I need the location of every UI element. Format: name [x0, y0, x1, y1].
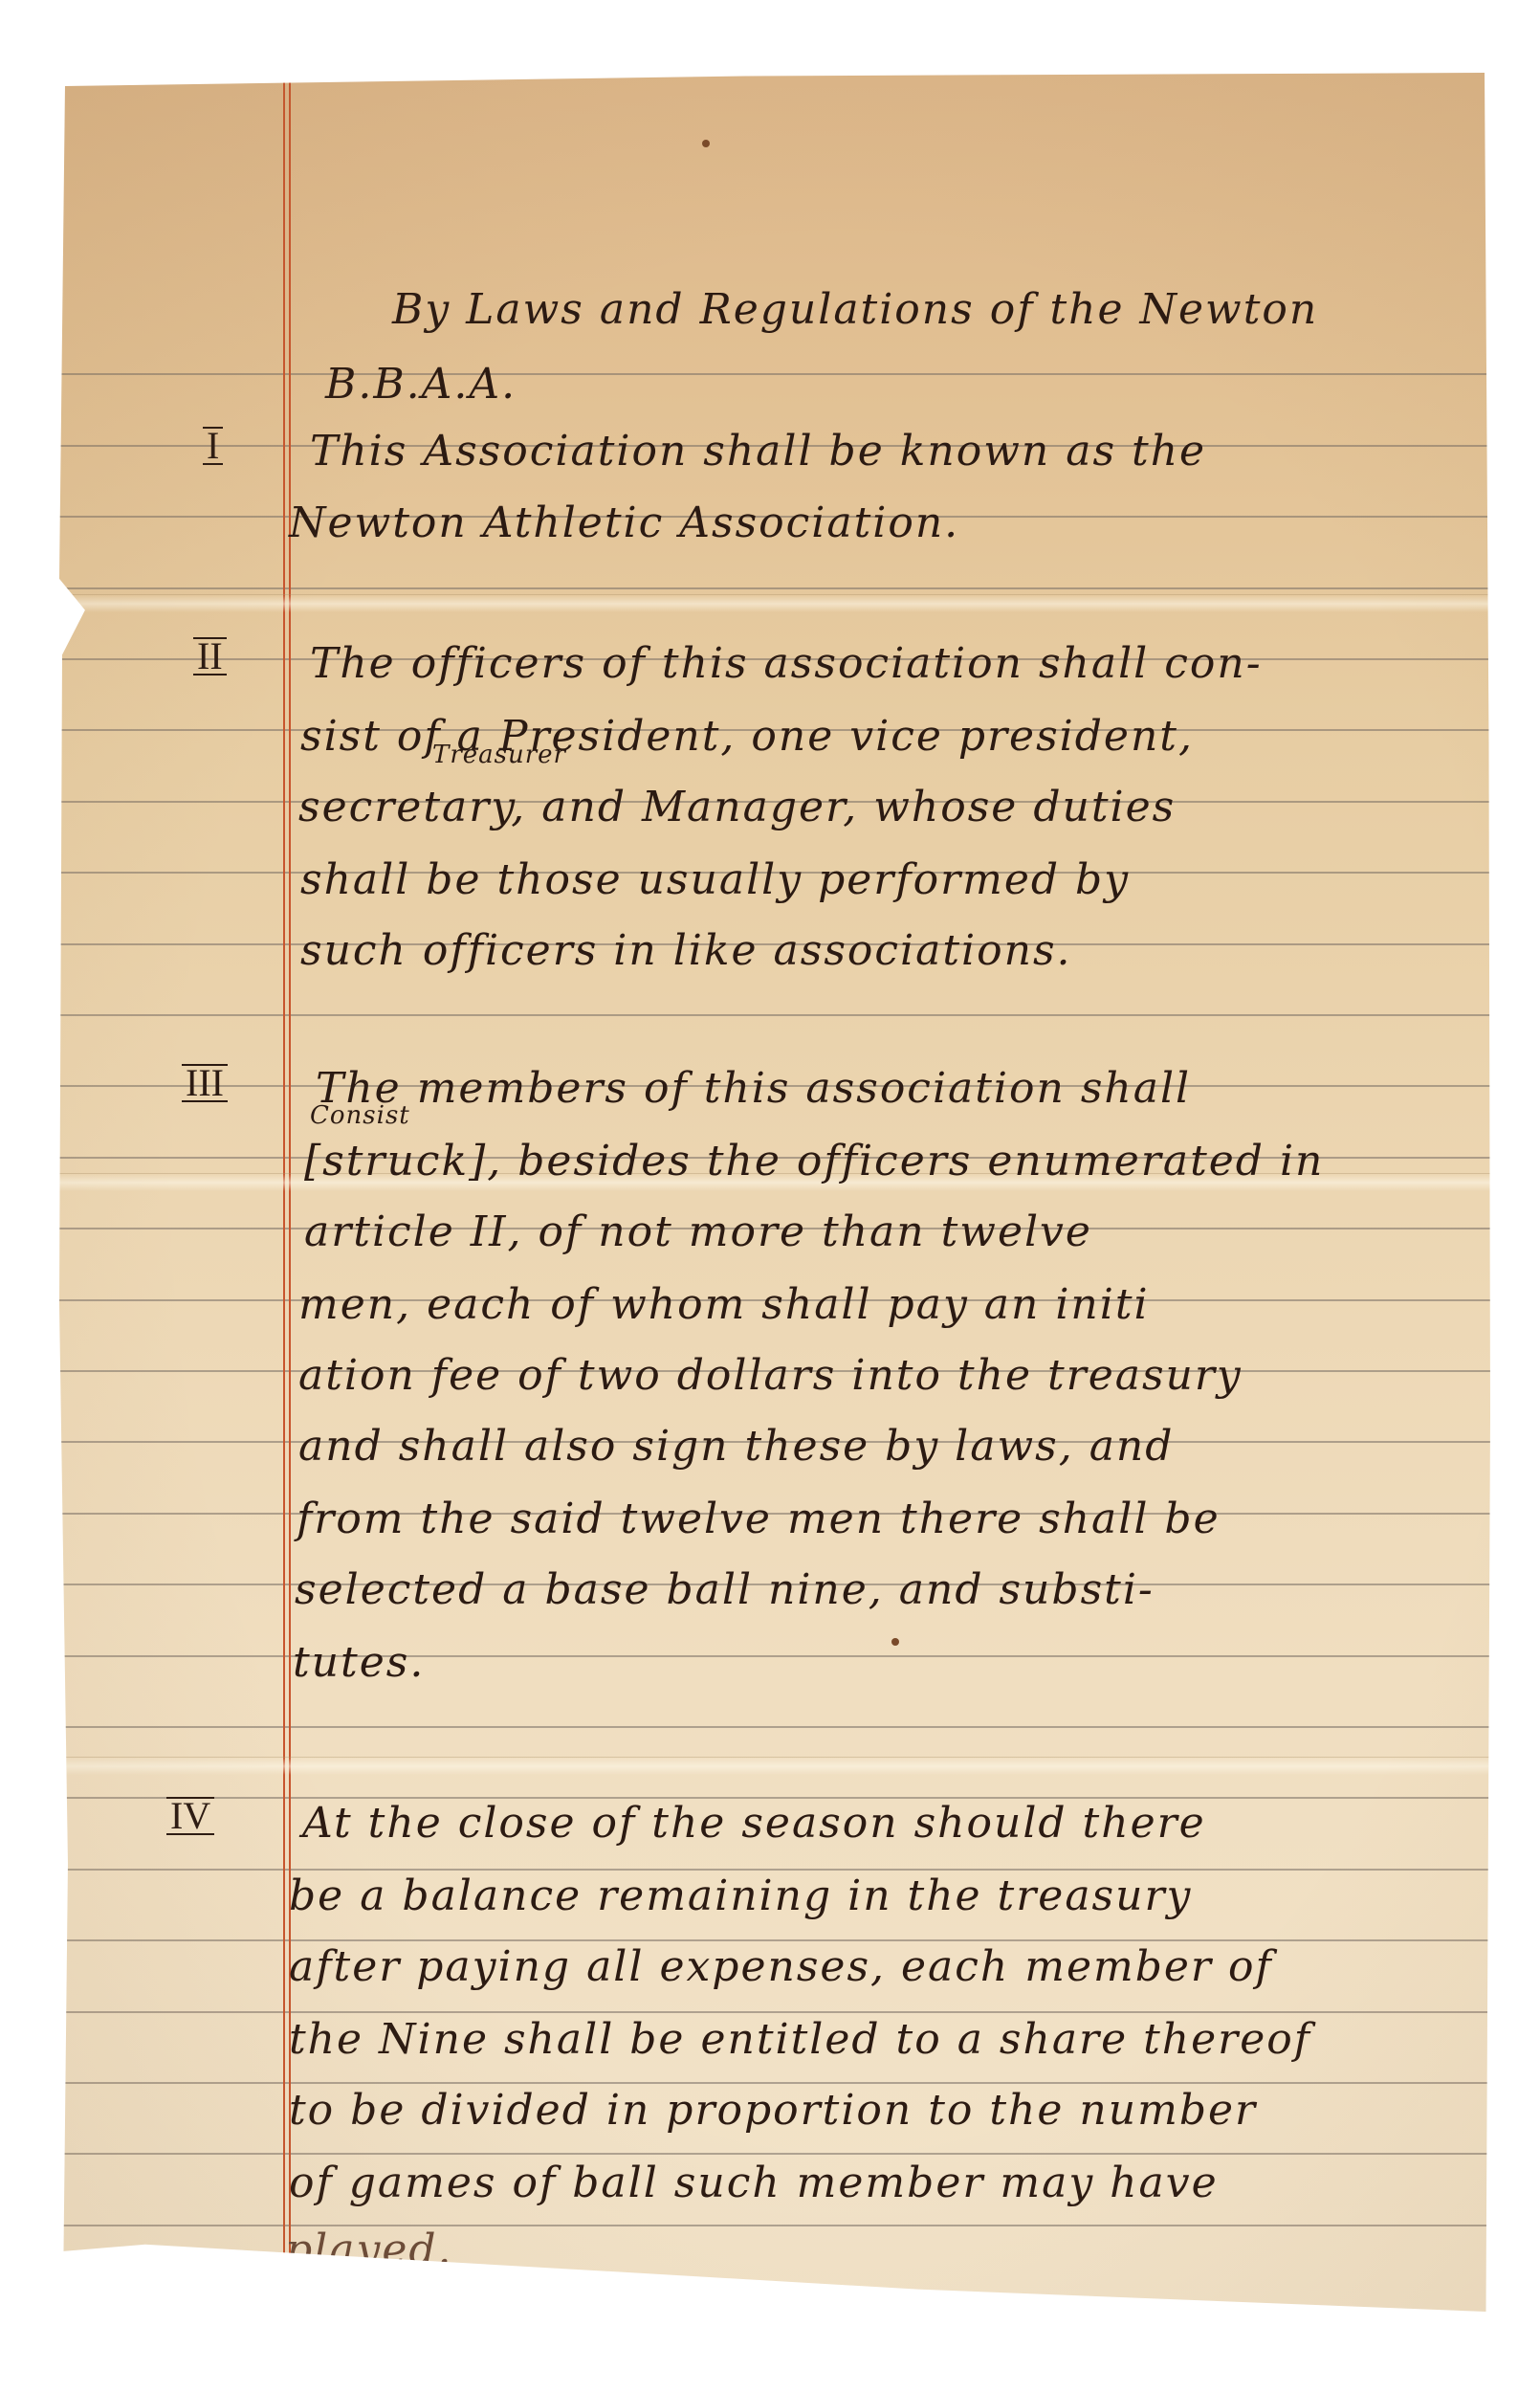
article-numeral-4: IV — [166, 1797, 214, 1835]
article-2-line-3: secretary, and Manager, whose duties — [298, 783, 1176, 831]
article-numeral-2: II — [193, 637, 227, 676]
article-3-line-3: article II, of not more than twelve — [304, 1207, 1092, 1256]
article-3-line-5: ation fee of two dollars into the treasu… — [298, 1351, 1243, 1400]
rule-line — [59, 373, 1490, 375]
article-4-line-6: of games of ball such member may have — [289, 2159, 1219, 2207]
article-2-line-4: shall be those usually performed by — [300, 855, 1130, 904]
fold-crease — [59, 594, 1490, 612]
article-3-line-9: tutes. — [293, 1638, 425, 1687]
rule-line — [59, 1655, 1490, 1657]
rule-line — [59, 2082, 1490, 2084]
article-4-line-5: to be divided in proportion to the numbe… — [289, 2086, 1257, 2135]
rule-line — [59, 587, 1490, 589]
article-4-line-1: At the close of the season should there — [302, 1799, 1206, 1848]
article-4-line-2: be a balance remaining in the treasury — [289, 1872, 1192, 1920]
article-3-line-8: selected a base ball nine, and substi- — [295, 1565, 1155, 1614]
article-1-line-2: Newton Athletic Association. — [289, 498, 959, 547]
ink-speck — [891, 1638, 899, 1646]
insertion-treasurer: Treasurer — [432, 741, 566, 769]
fold-crease — [59, 1757, 1490, 1775]
rule-line — [59, 1726, 1490, 1728]
article-numeral-3: III — [182, 1064, 228, 1102]
article-4-line-7: played. — [285, 2226, 453, 2274]
rule-line — [59, 2011, 1490, 2013]
article-1-line-1: This Association shall be known as the — [310, 427, 1206, 476]
article-4-line-3: after paying all expenses, each member o… — [289, 1942, 1273, 1991]
manuscript-page: By Laws and Regulations of the Newton B.… — [59, 73, 1490, 2312]
article-3-line-6: and shall also sign these by laws, and — [298, 1422, 1174, 1471]
article-3-line-7: from the said twelve men there shall be — [297, 1495, 1221, 1543]
rule-line — [59, 2153, 1490, 2155]
title-line-1: By Laws and Regulations of the Newton — [392, 285, 1318, 334]
article-3-line-1: The members of this association shall — [316, 1064, 1191, 1113]
ink-speck — [702, 140, 710, 147]
rule-line — [59, 2225, 1490, 2226]
article-2-line-5: such officers in like associations. — [300, 926, 1072, 975]
article-3-line-4: men, each of whom shall pay an initi — [298, 1280, 1150, 1329]
article-4-line-4: the Nine shall be entitled to a share th… — [289, 2015, 1311, 2064]
article-2-line-1: The officers of this association shall c… — [310, 639, 1263, 688]
margin-line — [283, 73, 285, 2312]
title-line-2: B.B.A.A. — [325, 360, 517, 409]
article-numeral-1: I — [203, 427, 223, 465]
insertion-consist: Consist — [310, 1101, 410, 1130]
rule-line — [59, 1939, 1490, 1941]
rule-line — [59, 1014, 1490, 1016]
article-3-line-2: [struck], besides the officers enumerate… — [304, 1137, 1324, 1185]
rule-line — [59, 1869, 1490, 1871]
